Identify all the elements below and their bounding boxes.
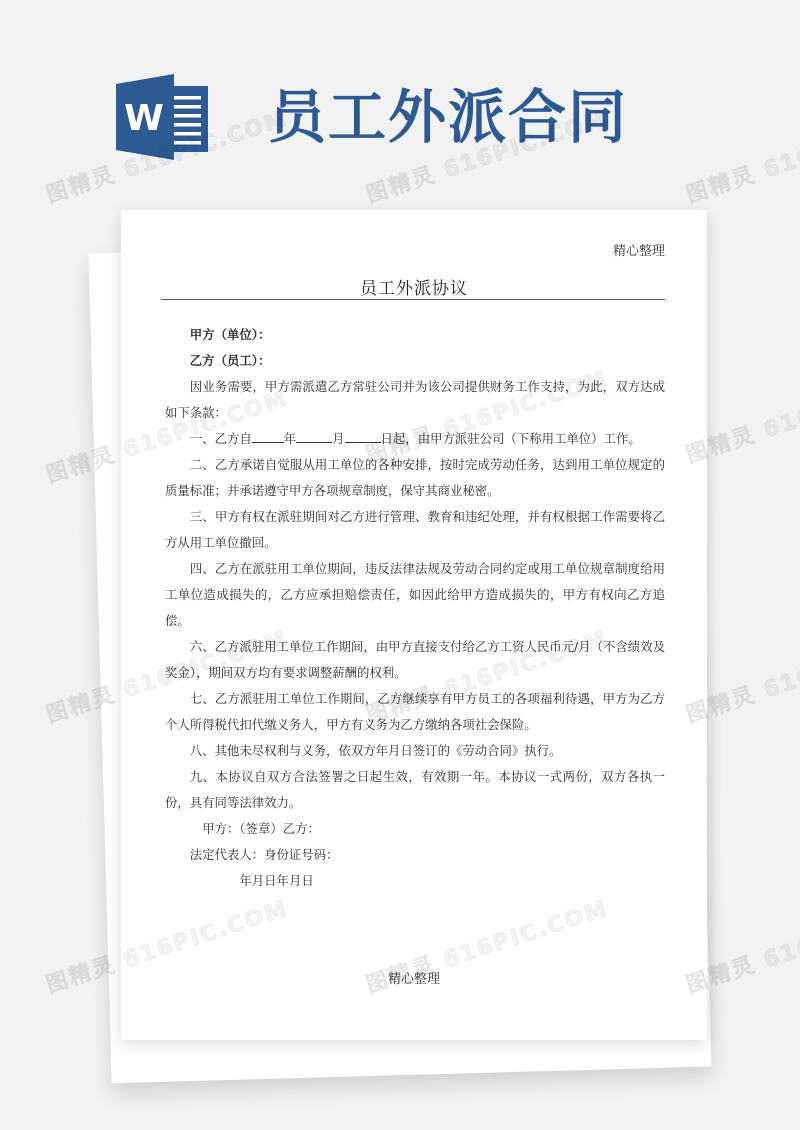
svg-text:W: W	[124, 98, 164, 139]
date-line: 年月日年月日	[165, 868, 665, 894]
clause-4: 四、乙方在派驻用工单位期间，违反法律法规及劳动合同约定或用工单位规章制度给用工单…	[165, 556, 665, 634]
footer-note: 精心整理	[121, 968, 707, 987]
clause-7: 七、乙方派驻用工单位工作期间，乙方继续享有甲方员工的各项福利待遇，甲方为乙方个人…	[165, 686, 665, 738]
document-body: 甲方（单位）： 乙方（员工）： 因业务需要，甲方需派遣乙方常驻公司并为该公司提供…	[165, 322, 665, 894]
banner-title: 员工外派合同	[268, 82, 628, 152]
signature-line: 甲方：（签章）乙方：	[165, 816, 665, 842]
clause-9: 九、本协议自双方合法签署之日起生效，有效期一年。本协议一式两份，双方各执一份，具…	[165, 764, 665, 816]
clause-3: 三、甲方有权在派驻期间对乙方进行管理、教育和违纪处理，并有权根据工作需要将乙方从…	[165, 504, 665, 556]
title-divider	[161, 299, 665, 300]
clause-1: 一、乙方自年月日起，由甲方派驻公司（下称用工单位）工作。	[165, 426, 665, 452]
header-note: 精心整理	[613, 240, 665, 259]
document-page: 精心整理 员工外派协议 甲方（单位）： 乙方（员工）： 因业务需要，甲方需派遣乙…	[121, 210, 707, 1040]
word-document-icon: W	[112, 72, 212, 162]
clause-6: 六、乙方派驻用工单位工作期间，由甲方直接支付给乙方工资人民币元/月（不含绩效及奖…	[165, 634, 665, 686]
party-a-label: 甲方（单位）：	[165, 322, 665, 348]
document-title: 员工外派协议	[121, 274, 707, 299]
banner: W 员工外派合同	[0, 0, 800, 200]
year-blank	[252, 430, 284, 443]
party-b-label: 乙方（员工）：	[165, 348, 665, 374]
month-blank	[296, 430, 332, 443]
representative-line: 法定代表人：身份证号码：	[165, 842, 665, 868]
clause-2: 二、乙方承诺自觉服从用工单位的各种安排，按时完成劳动任务，达到用工单位规定的质量…	[165, 452, 665, 504]
day-blank	[345, 430, 381, 443]
clause-8: 八、其他未尽权利与义务，依双方年月日签订的《劳动合同》执行。	[165, 738, 665, 764]
intro-paragraph: 因业务需要，甲方需派遣乙方常驻公司并为该公司提供财务工作支持，为此，双方达成如下…	[165, 374, 665, 426]
